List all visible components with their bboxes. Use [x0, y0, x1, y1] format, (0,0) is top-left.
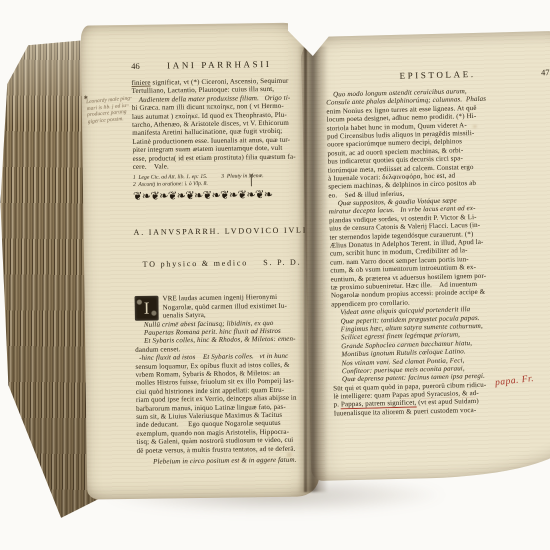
page-right: EPISTOLAE. 47 Quo modo longum ostendit c…	[301, 31, 550, 481]
closing-verse-line: Plebeium in circo positum est & in agger…	[137, 455, 313, 466]
gutter-shadow	[298, 46, 328, 492]
page-number-left: 46	[131, 61, 153, 71]
page-left: ✱ Leonardy male ping~mari is lib. j ad i…	[81, 22, 320, 499]
footnote-line: 2 Asconij in oratione: i. ò Vlp. 8.	[133, 179, 309, 188]
footnote-block: 1 Lege Cic. ad Att. lib. 1. ep: 15. 3 Pl…	[133, 173, 309, 189]
header-spacer	[326, 80, 348, 81]
paragraph-1: Tertulliano, Lactantio, Plautoque: cuius…	[132, 85, 309, 171]
foxing-spot	[473, 125, 477, 128]
running-title-right: EPISTOLAE.	[347, 68, 527, 82]
footnote-divider	[251, 175, 252, 187]
photo-background: ✱ Leonardy male ping~mari is lib. j ad i…	[0, 0, 550, 550]
gutter-crease	[304, 44, 307, 492]
woodcut-initial: I	[134, 296, 158, 321]
letter-heading-line1: A. IANVSPARRH. LVDOVICO IVLI-	[134, 226, 310, 239]
running-header-right: EPISTOLAE. 47	[325, 67, 549, 85]
running-header-left: 46 IANI PARRHASII	[131, 58, 307, 73]
ink-underlined-word: finiere	[131, 79, 150, 87]
letter-heading-line2: TO physico & medico S. P. D.	[134, 257, 310, 270]
body-text: Quo modo longum ostendit ceruicibus auru…	[326, 85, 550, 392]
running-title-left: IANI PARRHASII	[153, 59, 285, 71]
letter-body: I VRE laudas acumen ingenij HieronymiNog…	[134, 293, 312, 455]
letter-heading: A. IANVSPARRH. LVDOVICO IVLI- TO physico…	[133, 205, 310, 291]
foxing-spot	[428, 334, 432, 338]
foxing-spot	[287, 453, 292, 457]
page-left-content: 46 IANI PARRHASII finiere significat, vt…	[81, 22, 320, 499]
text-line: cere. Vale.	[133, 160, 309, 171]
woodcut-ornament-band: ❦❧❦❧❦❧❦❧❦❧❦❧❦❧❦❧	[133, 189, 309, 205]
foxing-spot	[144, 405, 148, 408]
page-number-right: 47	[527, 67, 549, 78]
page-right-content: EPISTOLAE. 47 Quo modo longum ostendit c…	[301, 31, 550, 481]
paragraph-2: VRE laudas acumen ingenij HieronymiNogar…	[134, 293, 312, 455]
foxing-spot	[364, 186, 367, 189]
